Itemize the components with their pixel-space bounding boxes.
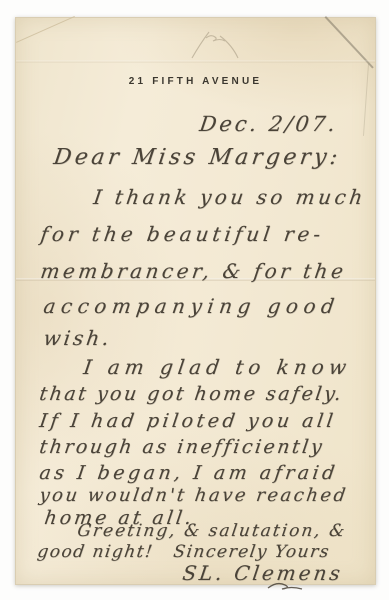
pencil-mark — [186, 22, 256, 64]
handwriting-line: wish. — [42, 326, 113, 350]
letter-paper: 21 FIFTH AVENUE Dec. 2/07. Dear Miss Mar… — [15, 17, 376, 585]
handwriting-line: accompanying good — [42, 294, 341, 318]
handwriting-line: If I had piloted you all — [38, 410, 338, 432]
signature-flourish — [266, 581, 306, 593]
letter-signoff: Sincerely Yours — [172, 542, 331, 562]
letter-salutation: Dear Miss Margery: — [52, 145, 343, 170]
top-right-crease-extension — [363, 64, 369, 136]
handwriting-line: that you got home safely. — [38, 383, 345, 405]
letter-scan: 21 FIFTH AVENUE Dec. 2/07. Dear Miss Mar… — [0, 0, 389, 600]
handwriting-line: as I began, I am afraid — [38, 462, 339, 484]
letter-signature: SL. Clemens — [181, 561, 345, 585]
handwriting-line: for the beautiful re- — [39, 222, 326, 246]
letterhead-address: 21 FIFTH AVENUE — [16, 76, 375, 87]
handwriting-line: you wouldn't have reached — [38, 485, 349, 506]
handwriting-line: through as inefficiently — [38, 436, 326, 458]
handwriting-line: I am glad to know — [82, 355, 353, 379]
handwriting-line: I thank you so much — [92, 185, 367, 209]
handwriting-line: membrancer, & for the — [39, 259, 348, 283]
handwriting-line: good night! — [36, 542, 155, 562]
letter-date: Dec. 2/07. — [198, 112, 340, 136]
top-left-crease — [16, 16, 75, 43]
handwriting-line: Greeting, & salutation, & — [76, 521, 348, 541]
